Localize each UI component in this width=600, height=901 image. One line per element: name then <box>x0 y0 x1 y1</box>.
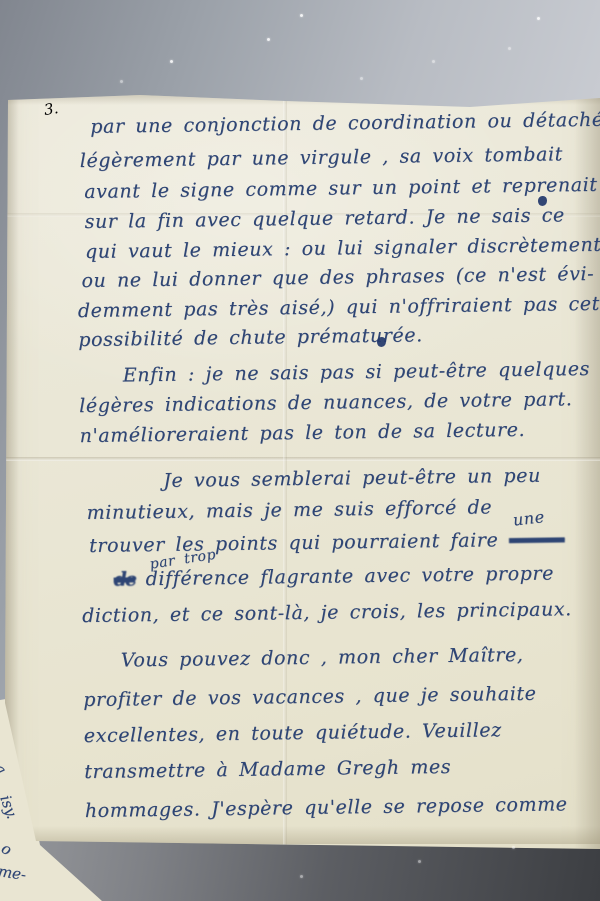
handwritten-text: par une conjonction de coordination ou d… <box>90 109 600 138</box>
photo-of-letter: { "letter": { "page_number": "3.", "ink_… <box>0 0 600 901</box>
handwritten-text: minutieux, mais je me suis efforcé de <box>87 496 493 524</box>
letter-line: qui vaut le mieux : ou lui signaler disc… <box>85 234 600 263</box>
handwritten-text: possibilité de chute prématurée. <box>78 324 423 351</box>
letter-line: hommages. J'espère qu'elle se repose com… <box>85 793 568 822</box>
dust-speck <box>120 80 123 83</box>
handwritten-text: transmettre à Madame Gregh mes <box>84 756 451 783</box>
dust-speck <box>360 77 363 80</box>
dust-speck <box>512 846 515 849</box>
handwritten-text: profiter de vos vacances , que je souhai… <box>83 683 536 711</box>
dust-speck <box>508 47 511 50</box>
handwritten-text: excellentes, en toute quiétude. Veuillez <box>84 719 502 747</box>
handwritten-text: avant le signe comme sur un point et rep… <box>84 174 598 203</box>
handwritten-text: n'amélioreraient pas le ton de sa lectur… <box>79 419 525 447</box>
letter-line: Vous pouvez donc , mon cher Maître, <box>121 644 524 672</box>
crossed-out-word: ~~~~ <box>509 528 565 551</box>
dust-speck <box>267 38 270 41</box>
handwritten-text: hommages. J'espère qu'elle se repose com… <box>85 793 568 822</box>
handwritten-text: qui vaut le mieux : ou lui signaler disc… <box>85 234 600 263</box>
letter-line: ou ne lui donner que des phrases (ce n'e… <box>81 263 594 292</box>
letter-line: Je vous semblerai peut-être un peu <box>163 465 541 492</box>
second-sheet-ink-fragment: isy. <box>0 793 21 821</box>
dust-speck <box>432 60 435 63</box>
letter-line: par une conjonction de coordination ou d… <box>90 109 600 138</box>
dust-speck <box>537 17 540 20</box>
handwritten-text: trouver les points qui pourraient faire <box>89 529 509 557</box>
handwritten-text: différence flagrante avec votre propre <box>135 562 554 590</box>
letter-line: demment pas très aisé,) qui n'offriraien… <box>78 293 600 323</box>
letter-line: légères indications de nuances, de votre… <box>79 388 572 417</box>
handwritten-text: sur la fin avec quelque retard. Je ne sa… <box>85 204 565 233</box>
second-sheet-ink-fragment: me- <box>0 862 27 884</box>
letter-line: minutieux, mais je me suis efforcé de <box>87 496 493 524</box>
dust-speck <box>418 860 421 863</box>
letter-line: légèrement par une virgule , sa voix tom… <box>80 143 563 172</box>
handwritten-text: demment pas très aisé,) qui n'offriraien… <box>78 293 600 323</box>
letter-text-layer: par une conjonction de coordination ou d… <box>0 0 600 901</box>
letter-line: n'amélioreraient pas le ton de sa lectur… <box>79 419 525 447</box>
handwritten-text: Je vous semblerai peut-être un peu <box>163 465 541 492</box>
letter-line: sur la fin avec quelque retard. Je ne sa… <box>85 204 565 233</box>
letter-line: avant le signe comme sur un point et rep… <box>84 174 598 203</box>
dust-speck <box>300 14 303 17</box>
handwritten-text: légères indications de nuances, de votre… <box>79 388 572 417</box>
letter-line: possibilité de chute prématurée. <box>78 324 423 351</box>
dust-speck <box>300 875 303 878</box>
second-sheet-ink-fragment: o <box>0 839 14 859</box>
handwritten-text: diction, et ce sont-là, je crois, les pr… <box>82 598 572 627</box>
handwritten-text: légèrement par une virgule , sa voix tom… <box>80 143 563 172</box>
letter-line: profiter de vos vacances , que je souhai… <box>83 683 536 711</box>
inserted-word: une <box>512 507 546 530</box>
crossed-out-word: de <box>113 568 135 590</box>
second-sheet-ink-fragment: a <box>0 760 10 778</box>
handwritten-text: Enfin : je ne sais pas si peut-être quel… <box>123 358 590 387</box>
handwritten-text: ou ne lui donner que des phrases (ce n'e… <box>81 263 594 292</box>
letter-paper: 3. par une conjonction de coordination o… <box>0 0 600 901</box>
letter-line: excellentes, en toute quiétude. Veuillez <box>84 719 502 747</box>
letter-line: diction, et ce sont-là, je crois, les pr… <box>82 598 572 627</box>
dust-speck <box>170 60 173 63</box>
letter-line: trouver les points qui pourraient faire … <box>89 528 565 557</box>
letter-line: Enfin : je ne sais pas si peut-être quel… <box>123 358 590 387</box>
letter-line: transmettre à Madame Gregh mes <box>84 756 451 783</box>
handwritten-text: Vous pouvez donc , mon cher Maître, <box>121 644 524 672</box>
